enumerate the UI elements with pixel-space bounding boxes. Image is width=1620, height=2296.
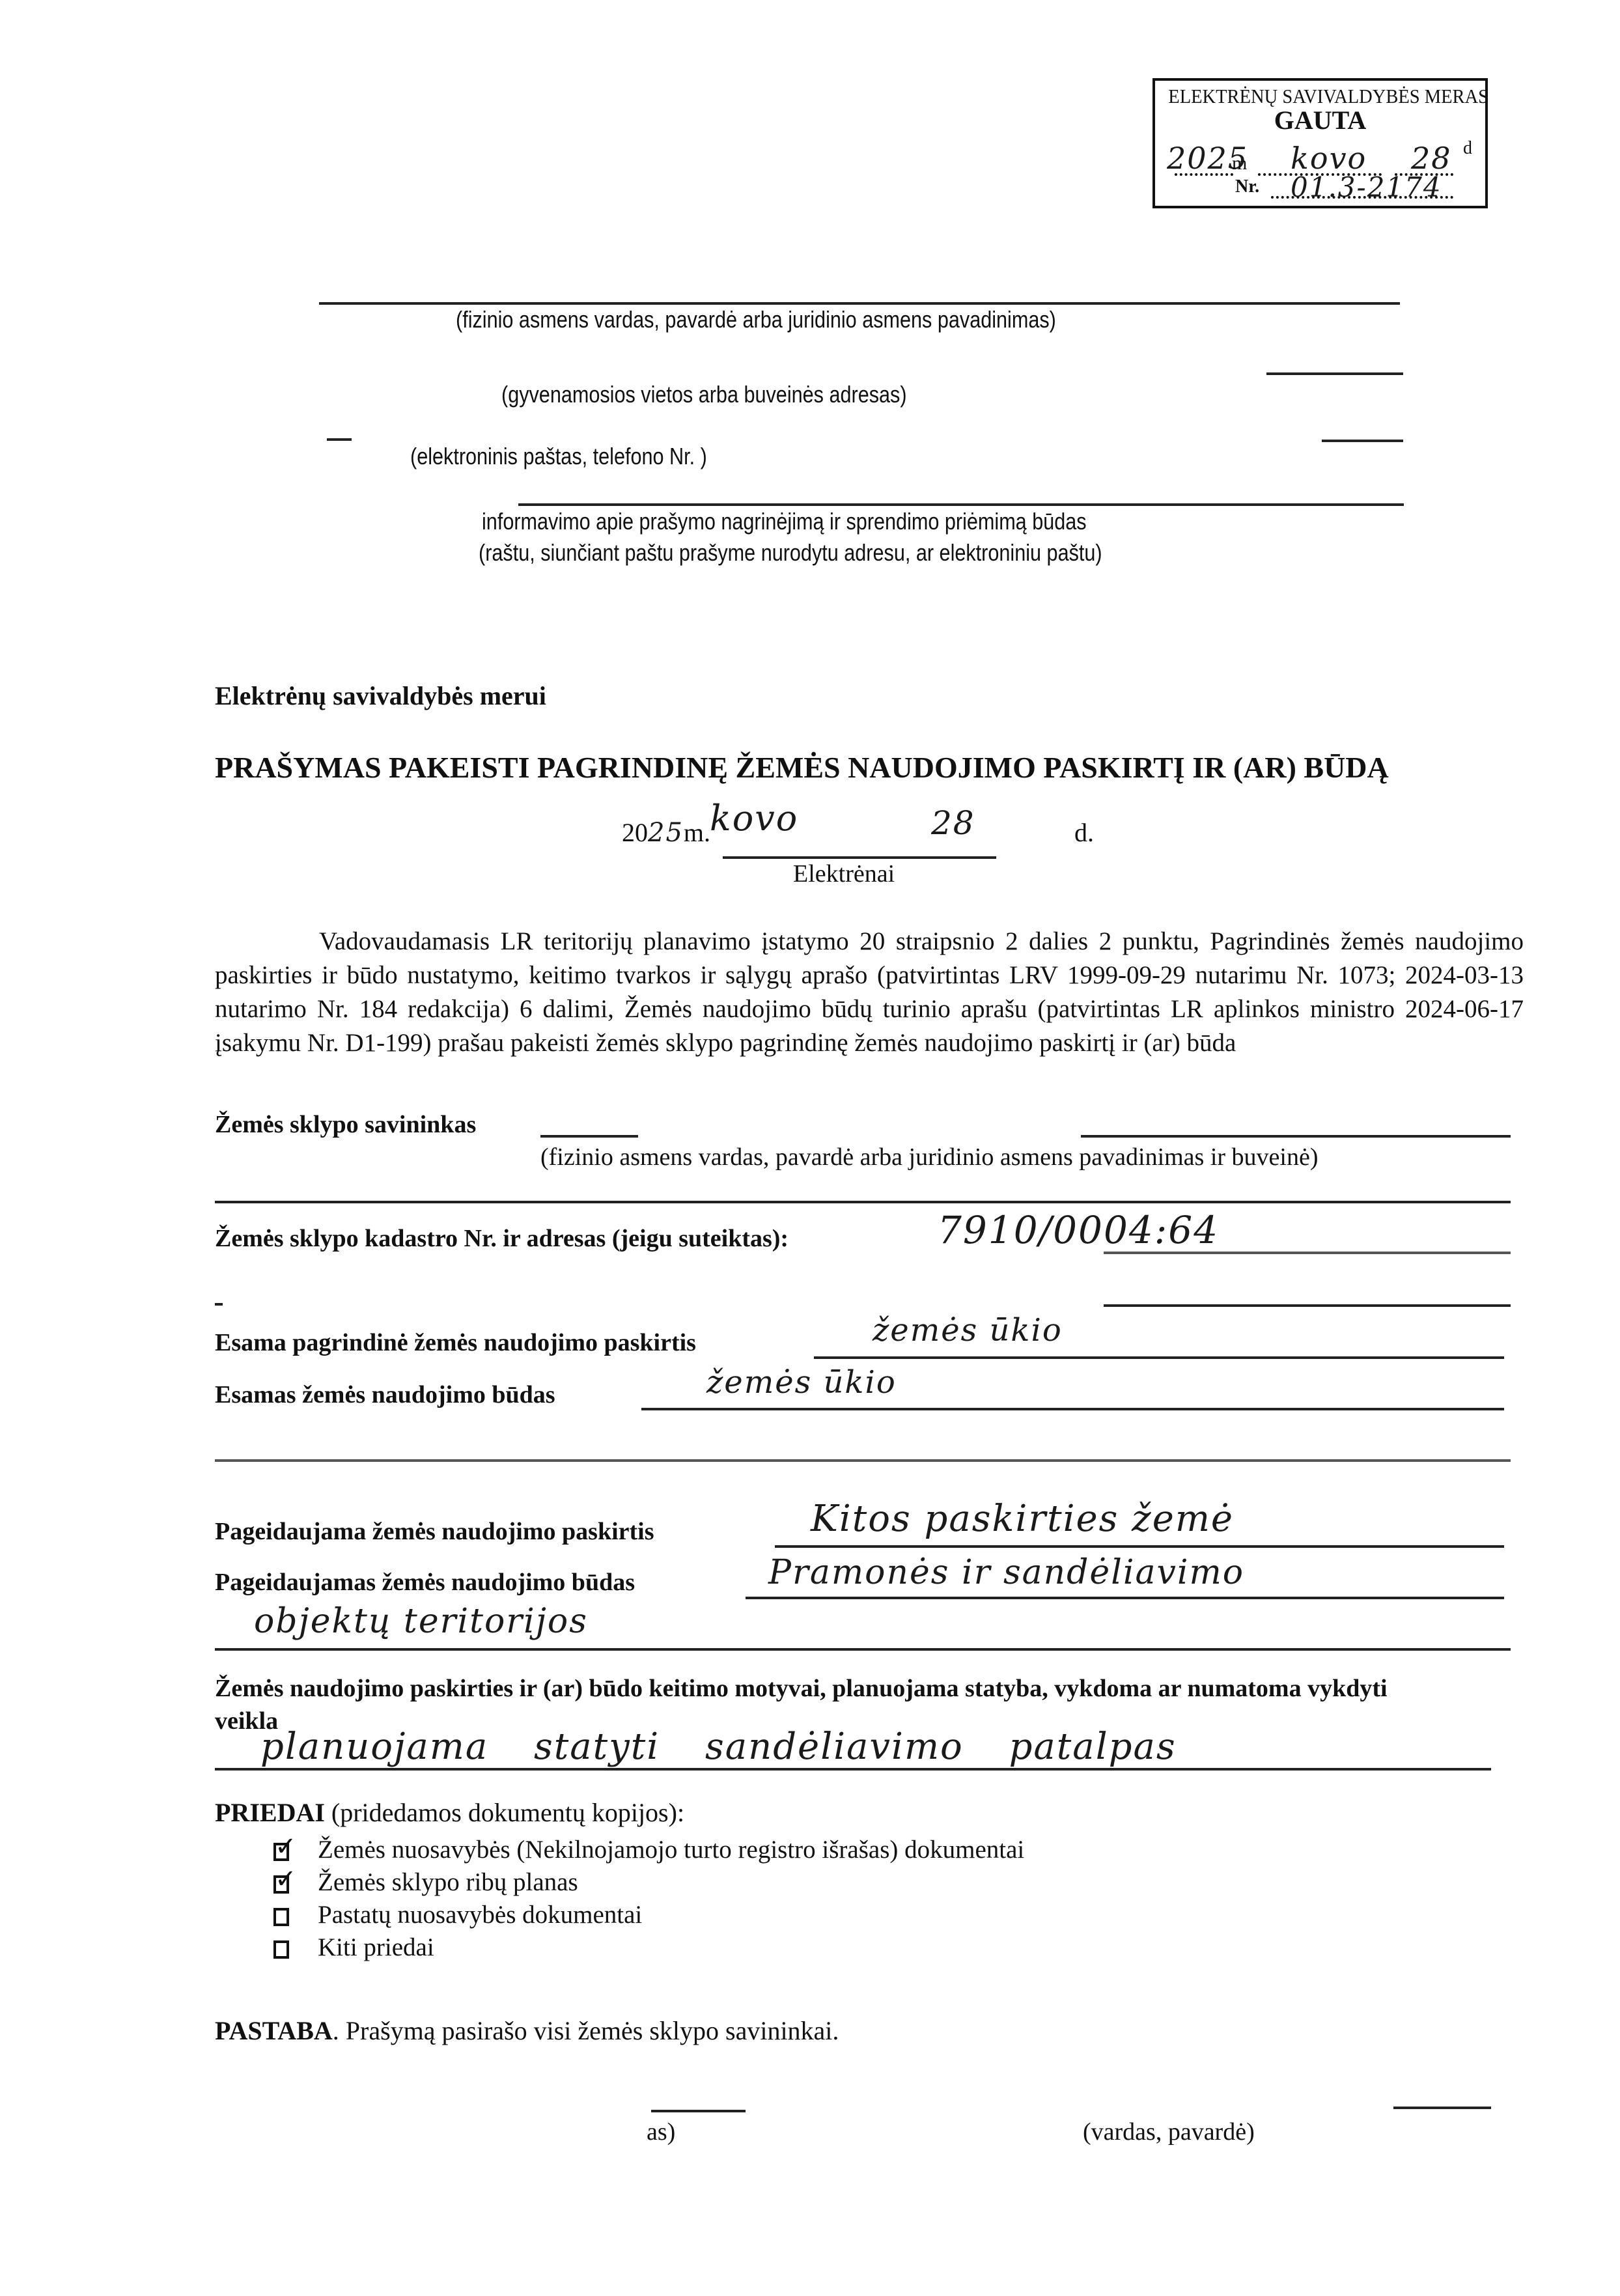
contact-line-left [327,438,352,441]
address-caption: (gyvenamosios vietos arba buveinės adres… [501,381,907,408]
desired-purpose-label: Pageidaujama žemės naudojimo paskirtis [215,1517,654,1546]
stamp-date-row: 2025 m kovo 28 d [1167,141,1473,173]
section-divider-line [215,1459,1511,1462]
applicant-name-caption: (fizinio asmens vardas, pavardė arba jur… [456,306,1056,333]
stamp-day-suffix: d [1463,138,1472,159]
attachment-checkbox[interactable] [273,1843,289,1861]
cadastre-line [1104,1252,1511,1254]
current-purpose-value[interactable]: žemės ūkio [873,1312,1063,1349]
applicant-name-line [319,302,1400,305]
attachments-heading-bold: PRIEDAI [215,1798,325,1827]
owner-caption: (fizinio asmens vardas, pavardė arba jur… [540,1143,1319,1171]
note-text: . Prašymą pasirašo visi žemės sklypo sav… [333,2016,839,2045]
cadastre-extra-dash [215,1303,223,1306]
signature-line [651,2110,746,2112]
date-year-suffix: m. [684,818,710,847]
current-method-line [641,1408,1504,1410]
cadastre-value[interactable]: 7910/0004:64 [938,1208,1219,1252]
attachments-heading-rest: (pridedamos dokumentų kopijos): [325,1798,684,1827]
desired-purpose-value[interactable]: Kitos paskirties žemė [811,1498,1234,1540]
attachment-label: Pastatų nuosavybės dokumentai [318,1900,642,1929]
attachment-checkbox[interactable] [273,1875,289,1894]
date-day: 28 [931,804,975,842]
info-method-line [518,503,1404,506]
current-purpose-line [814,1356,1504,1359]
attachment-label: Žemės nuosavybės (Nekilnojamojo turto re… [318,1835,1024,1864]
date-year-prefix: 20 [622,818,648,847]
note-bold: PASTABA [215,2016,333,2045]
current-method-label: Esamas žemės naudojimo būdas [215,1380,555,1409]
stamp-year-suffix: m [1232,152,1247,175]
desired-method-line [746,1597,1504,1599]
attachment-label: Kiti priedai [318,1933,434,1962]
attachment-label: Žemės sklypo ribų planas [318,1868,578,1897]
owner-value-line [215,1201,1511,1203]
document-title: PRAŠYMAS PAKEISTI PAGRINDINĘ ŽEMĖS NAUDO… [215,750,1389,785]
attachment-checkbox[interactable] [273,1940,289,1959]
name-line [1393,2107,1491,2109]
owner-line-right [1081,1135,1511,1138]
signature-caption: as) [647,2118,675,2146]
motives-value[interactable]: planuojama statyti sandėliavimo patalpas [260,1726,1177,1768]
info-method-caption-1: informavimo apie prašymo nagrinėjimą ir … [482,508,1087,535]
date-month-line [723,856,996,859]
date-place: Elektrėnai [793,860,895,888]
received-stamp: ELEKTRĖNŲ SAVIVALDYBĖS MERAS GAUTA 2025 … [1152,78,1488,208]
stamp-month: kovo [1291,141,1367,176]
name-caption: (vardas, pavardė) [1083,2118,1255,2146]
stamp-number-label: Nr. [1235,176,1259,197]
stamp-day: 28 [1411,141,1452,176]
desired-method-label: Pageidaujamas žemės naudojimo būdas [215,1568,635,1597]
desired-method-value-2[interactable]: objektų teritorijos [254,1602,588,1641]
note: PASTABA. Prašymą pasirašo visi žemės skl… [215,2015,839,2046]
date-month: kovo [710,798,798,839]
cadastre-label: Žemės sklypo kadastro Nr. ir adresas (je… [215,1224,789,1253]
attachments-heading: PRIEDAI (pridedamos dokumentų kopijos): [215,1797,684,1828]
date-line: 2025m. [622,817,710,848]
cadastre-extra-line [1104,1304,1511,1307]
owner-line-left [540,1135,638,1138]
date-day-suffix: d. [1074,817,1094,848]
addressee: Elektrėnų savivaldybės merui [215,680,546,711]
stamp-number-row: Nr. 01.3-2174 [1167,175,1473,204]
desired-method-value-1[interactable]: Pramonės ir sandėliavimo [768,1553,1244,1592]
contact-line-right [1322,440,1403,442]
current-purpose-label: Esama pagrindinė žemės naudojimo paskirt… [215,1328,696,1357]
stamp-title: ELEKTRĖNŲ SAVIVALDYBĖS MERAS [1168,85,1472,108]
motives-line [215,1768,1491,1771]
body-paragraph: Vadovaudamasis LR teritorijų planavimo į… [215,925,1524,1060]
stamp-status: GAUTA [1155,108,1485,133]
current-method-value[interactable]: žemės ūkio [706,1364,897,1401]
desired-purpose-line [775,1545,1504,1548]
attachment-checkbox[interactable] [273,1908,289,1926]
contact-caption: (elektroninis paštas, telefono Nr. ) [410,443,707,470]
owner-label: Žemės sklypo savininkas [215,1110,476,1139]
desired-method-line-2 [215,1648,1511,1651]
date-year-handwritten: 25 [648,818,684,848]
address-line [1266,372,1403,375]
info-method-caption-2: (raštu, siunčiant paštu prašyme nurodytu… [479,539,1102,567]
